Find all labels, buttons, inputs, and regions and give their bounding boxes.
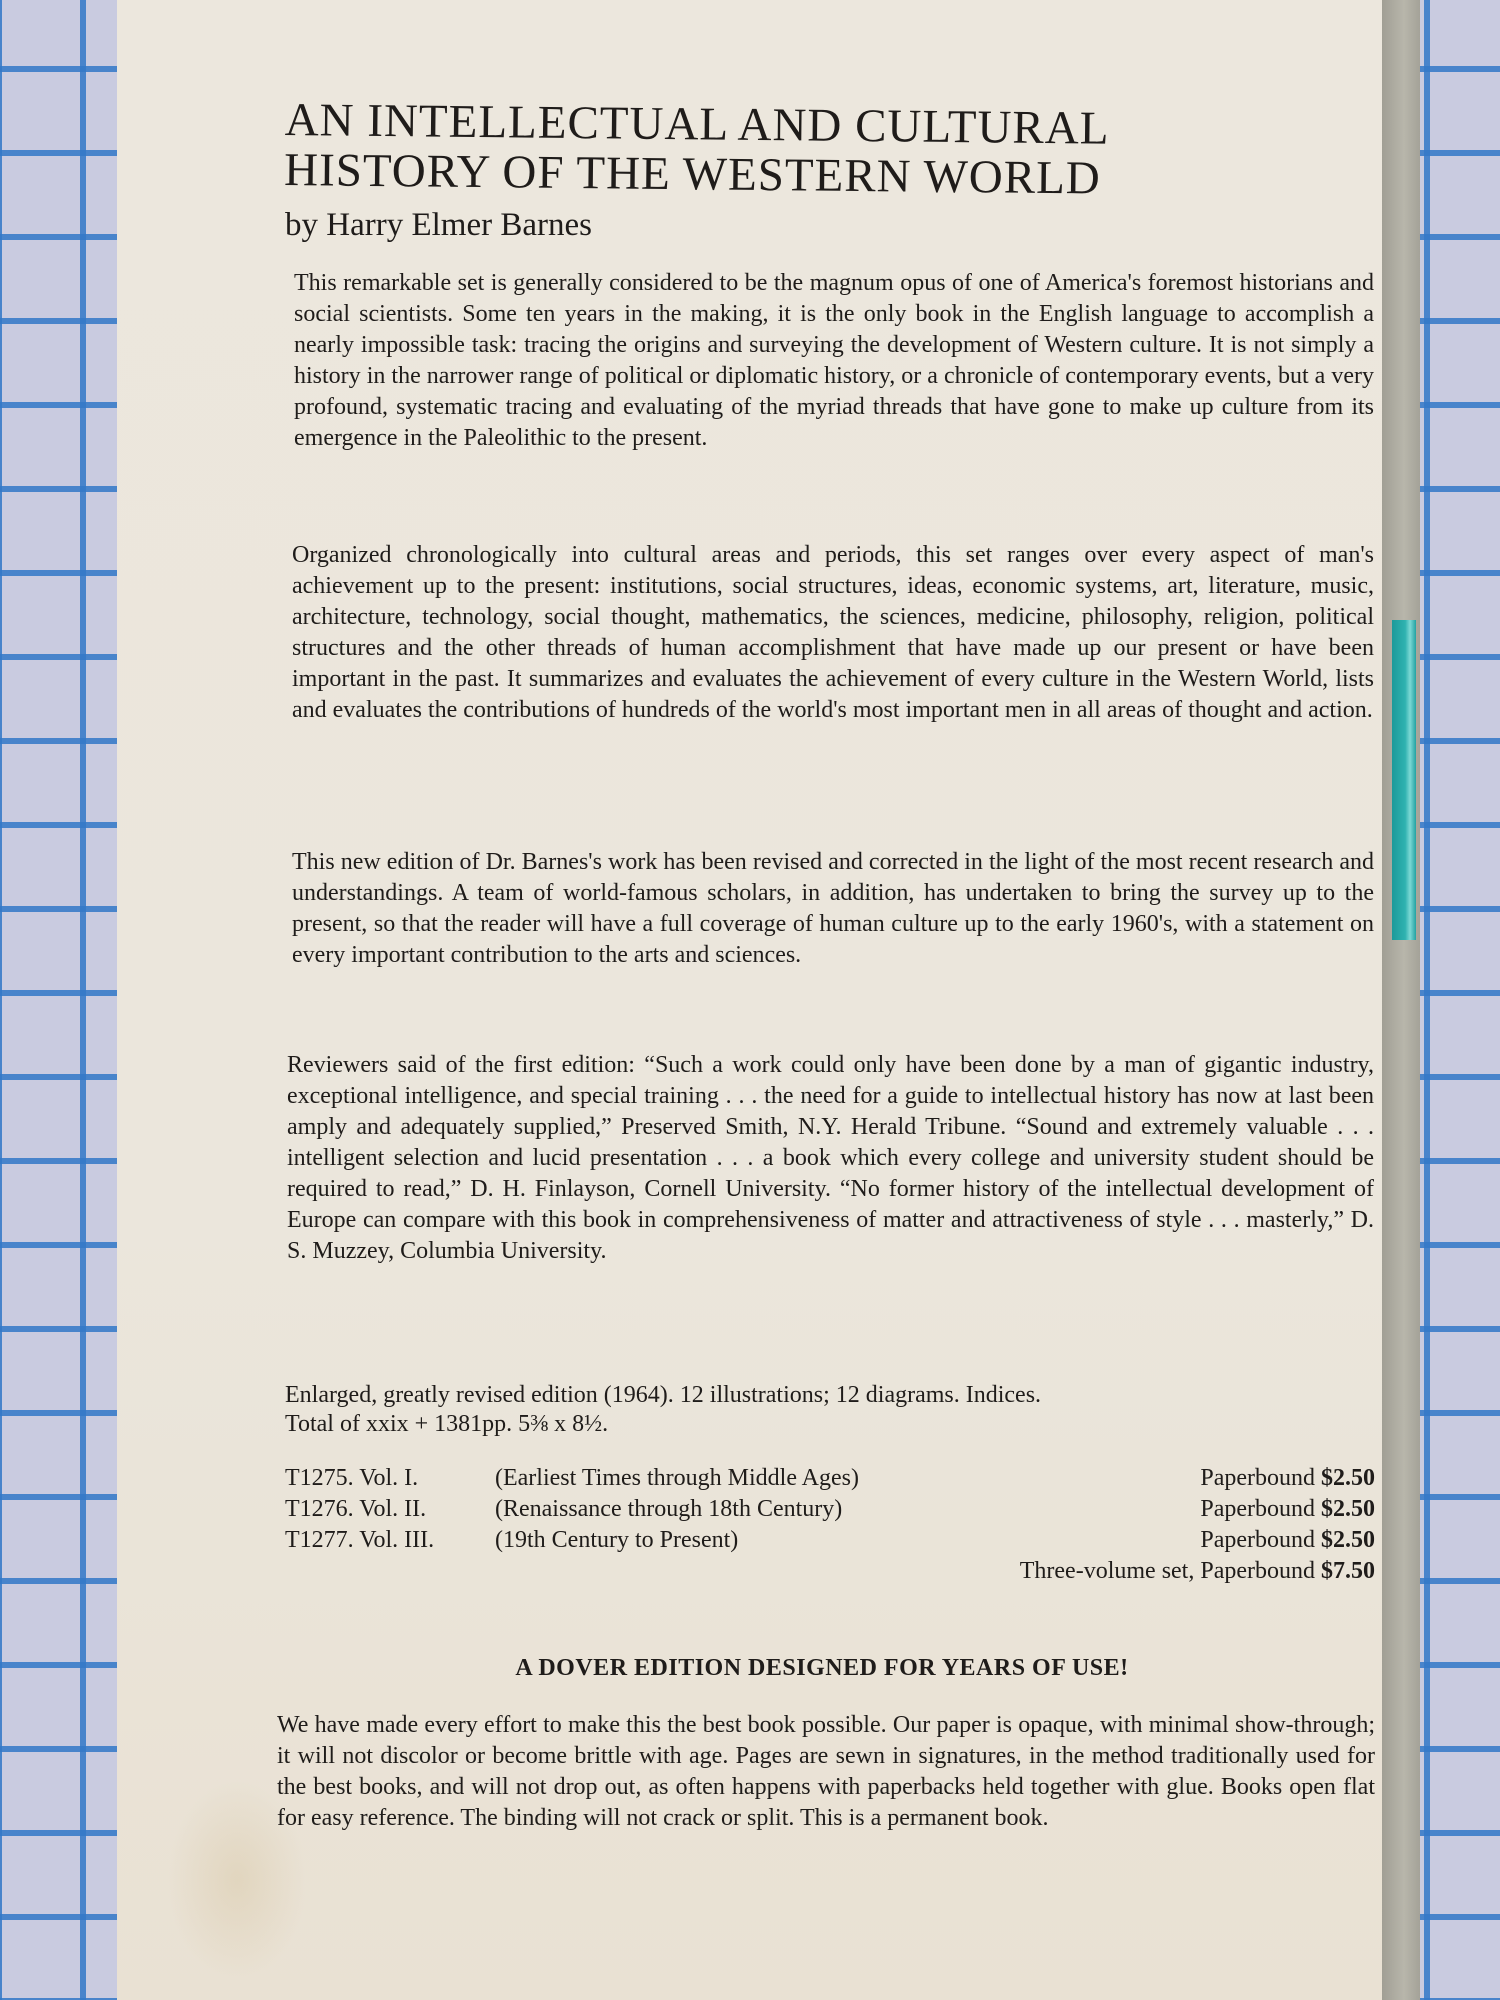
volume-description: (Earliest Times through Middle Ages) <box>495 1463 1200 1494</box>
title-line-2: HISTORY OF THE WESTERN WORLD <box>284 144 1101 205</box>
description-paragraph: This remarkable set is generally conside… <box>294 268 1374 454</box>
volume-code: T1277. Vol. III. <box>285 1525 495 1556</box>
volume-price: Paperbound $2.50 <box>1200 1463 1375 1494</box>
book-title: AN INTELLECTUAL AND CULTURAL HISTORY OF … <box>284 95 1375 206</box>
set-price: $7.50 <box>1321 1558 1375 1584</box>
edition-details: Enlarged, greatly revised edition (1964)… <box>285 1381 1375 1439</box>
price: $2.50 <box>1321 1465 1375 1491</box>
edition-line-2: Total of xxix + 1381pp. 5⅜ x 8½. <box>285 1411 608 1437</box>
edition-line-1: Enlarged, greatly revised edition (1964)… <box>285 1382 1041 1408</box>
volume-row: T1275. Vol. I. (Earliest Times through M… <box>285 1463 1375 1494</box>
volume-row: T1277. Vol. III. (19th Century to Presen… <box>285 1525 1375 1556</box>
volume-description: (Renaissance through 18th Century) <box>495 1494 1200 1525</box>
book-author: by Harry Elmer Barnes <box>285 205 1375 245</box>
volume-price-list: T1275. Vol. I. (Earliest Times through M… <box>285 1463 1375 1587</box>
price: $2.50 <box>1321 1527 1375 1553</box>
reviews-paragraph: Reviewers said of the first edition: “Su… <box>287 1050 1374 1267</box>
volume-code: T1276. Vol. II. <box>285 1494 495 1525</box>
teal-tape-strip <box>1392 620 1416 940</box>
volume-price: Paperbound $2.50 <box>1200 1525 1375 1556</box>
price: $2.50 <box>1321 1496 1375 1522</box>
book-back-cover: AN INTELLECTUAL AND CULTURAL HISTORY OF … <box>117 0 1382 2000</box>
volume-description: (19th Century to Present) <box>495 1525 1200 1556</box>
volume-code: T1275. Vol. I. <box>285 1463 495 1494</box>
set-price-row: Three-volume set, Paperbound $7.50 <box>285 1556 1375 1587</box>
scope-paragraph: Organized chronologically into cultural … <box>292 540 1374 726</box>
new-edition-paragraph: This new edition of Dr. Barnes's work ha… <box>292 847 1374 971</box>
binding-type: Paperbound <box>1200 1496 1315 1522</box>
set-label: Three-volume set, Paperbound <box>1020 1558 1315 1584</box>
dover-heading: A DOVER EDITION DESIGNED FOR YEARS OF US… <box>277 1655 1367 1682</box>
book-spine-edge <box>1380 0 1420 2000</box>
volume-row: T1276. Vol. II. (Renaissance through 18t… <box>285 1494 1375 1525</box>
volume-price: Paperbound $2.50 <box>1200 1494 1375 1525</box>
binding-type: Paperbound <box>1200 1465 1315 1491</box>
binding-type: Paperbound <box>1200 1527 1315 1553</box>
dover-quality-paragraph: We have made every effort to make this t… <box>277 1710 1375 1834</box>
